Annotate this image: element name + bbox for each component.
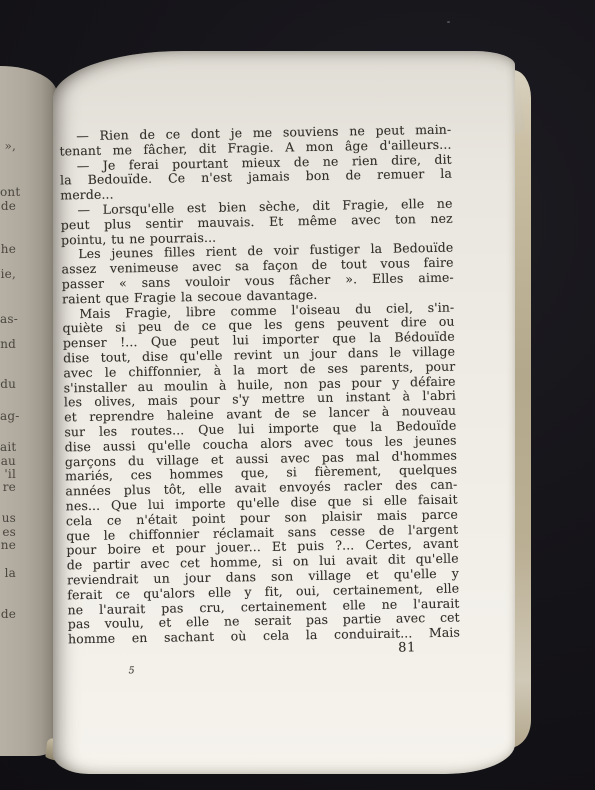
page-text: — Rien de ce dont je me souviens ne peut… (59, 123, 461, 690)
left-page-fragment: de (0, 608, 16, 621)
left-page-fragment: as- (0, 313, 16, 326)
left-page-fragment: la (0, 567, 16, 580)
left-page-fragment: ag- (0, 410, 16, 423)
left-page-fragment: re (0, 481, 16, 494)
left-page-fragment: », (0, 140, 16, 153)
left-page-fragment: ait (0, 441, 16, 454)
left-page-fragment: ont (0, 186, 16, 199)
left-page-fragment: he (0, 243, 16, 256)
left-page-fragment: de (0, 200, 16, 213)
book-photo: »,ontdeheie,as-ndduag-aitau'ilreusesnela… (0, 0, 595, 790)
book-page: — Rien de ce dont je me souviens ne peut… (53, 51, 515, 774)
dust-speck (447, 21, 450, 23)
left-page-edge: »,ontdeheie,as-ndduag-aitau'ilreusesnela… (0, 66, 57, 756)
page-number: 81 (398, 641, 416, 656)
signature-mark: 5 (128, 664, 134, 679)
left-page-fragment: us (0, 512, 16, 525)
left-page-fragment: du (0, 378, 16, 391)
left-page-fragment: ne (0, 539, 16, 552)
left-page-fragment: nd (0, 338, 16, 351)
text-lines: — Rien de ce dont je me souviens ne peut… (59, 123, 460, 648)
left-page-fragment: ie, (0, 268, 16, 281)
